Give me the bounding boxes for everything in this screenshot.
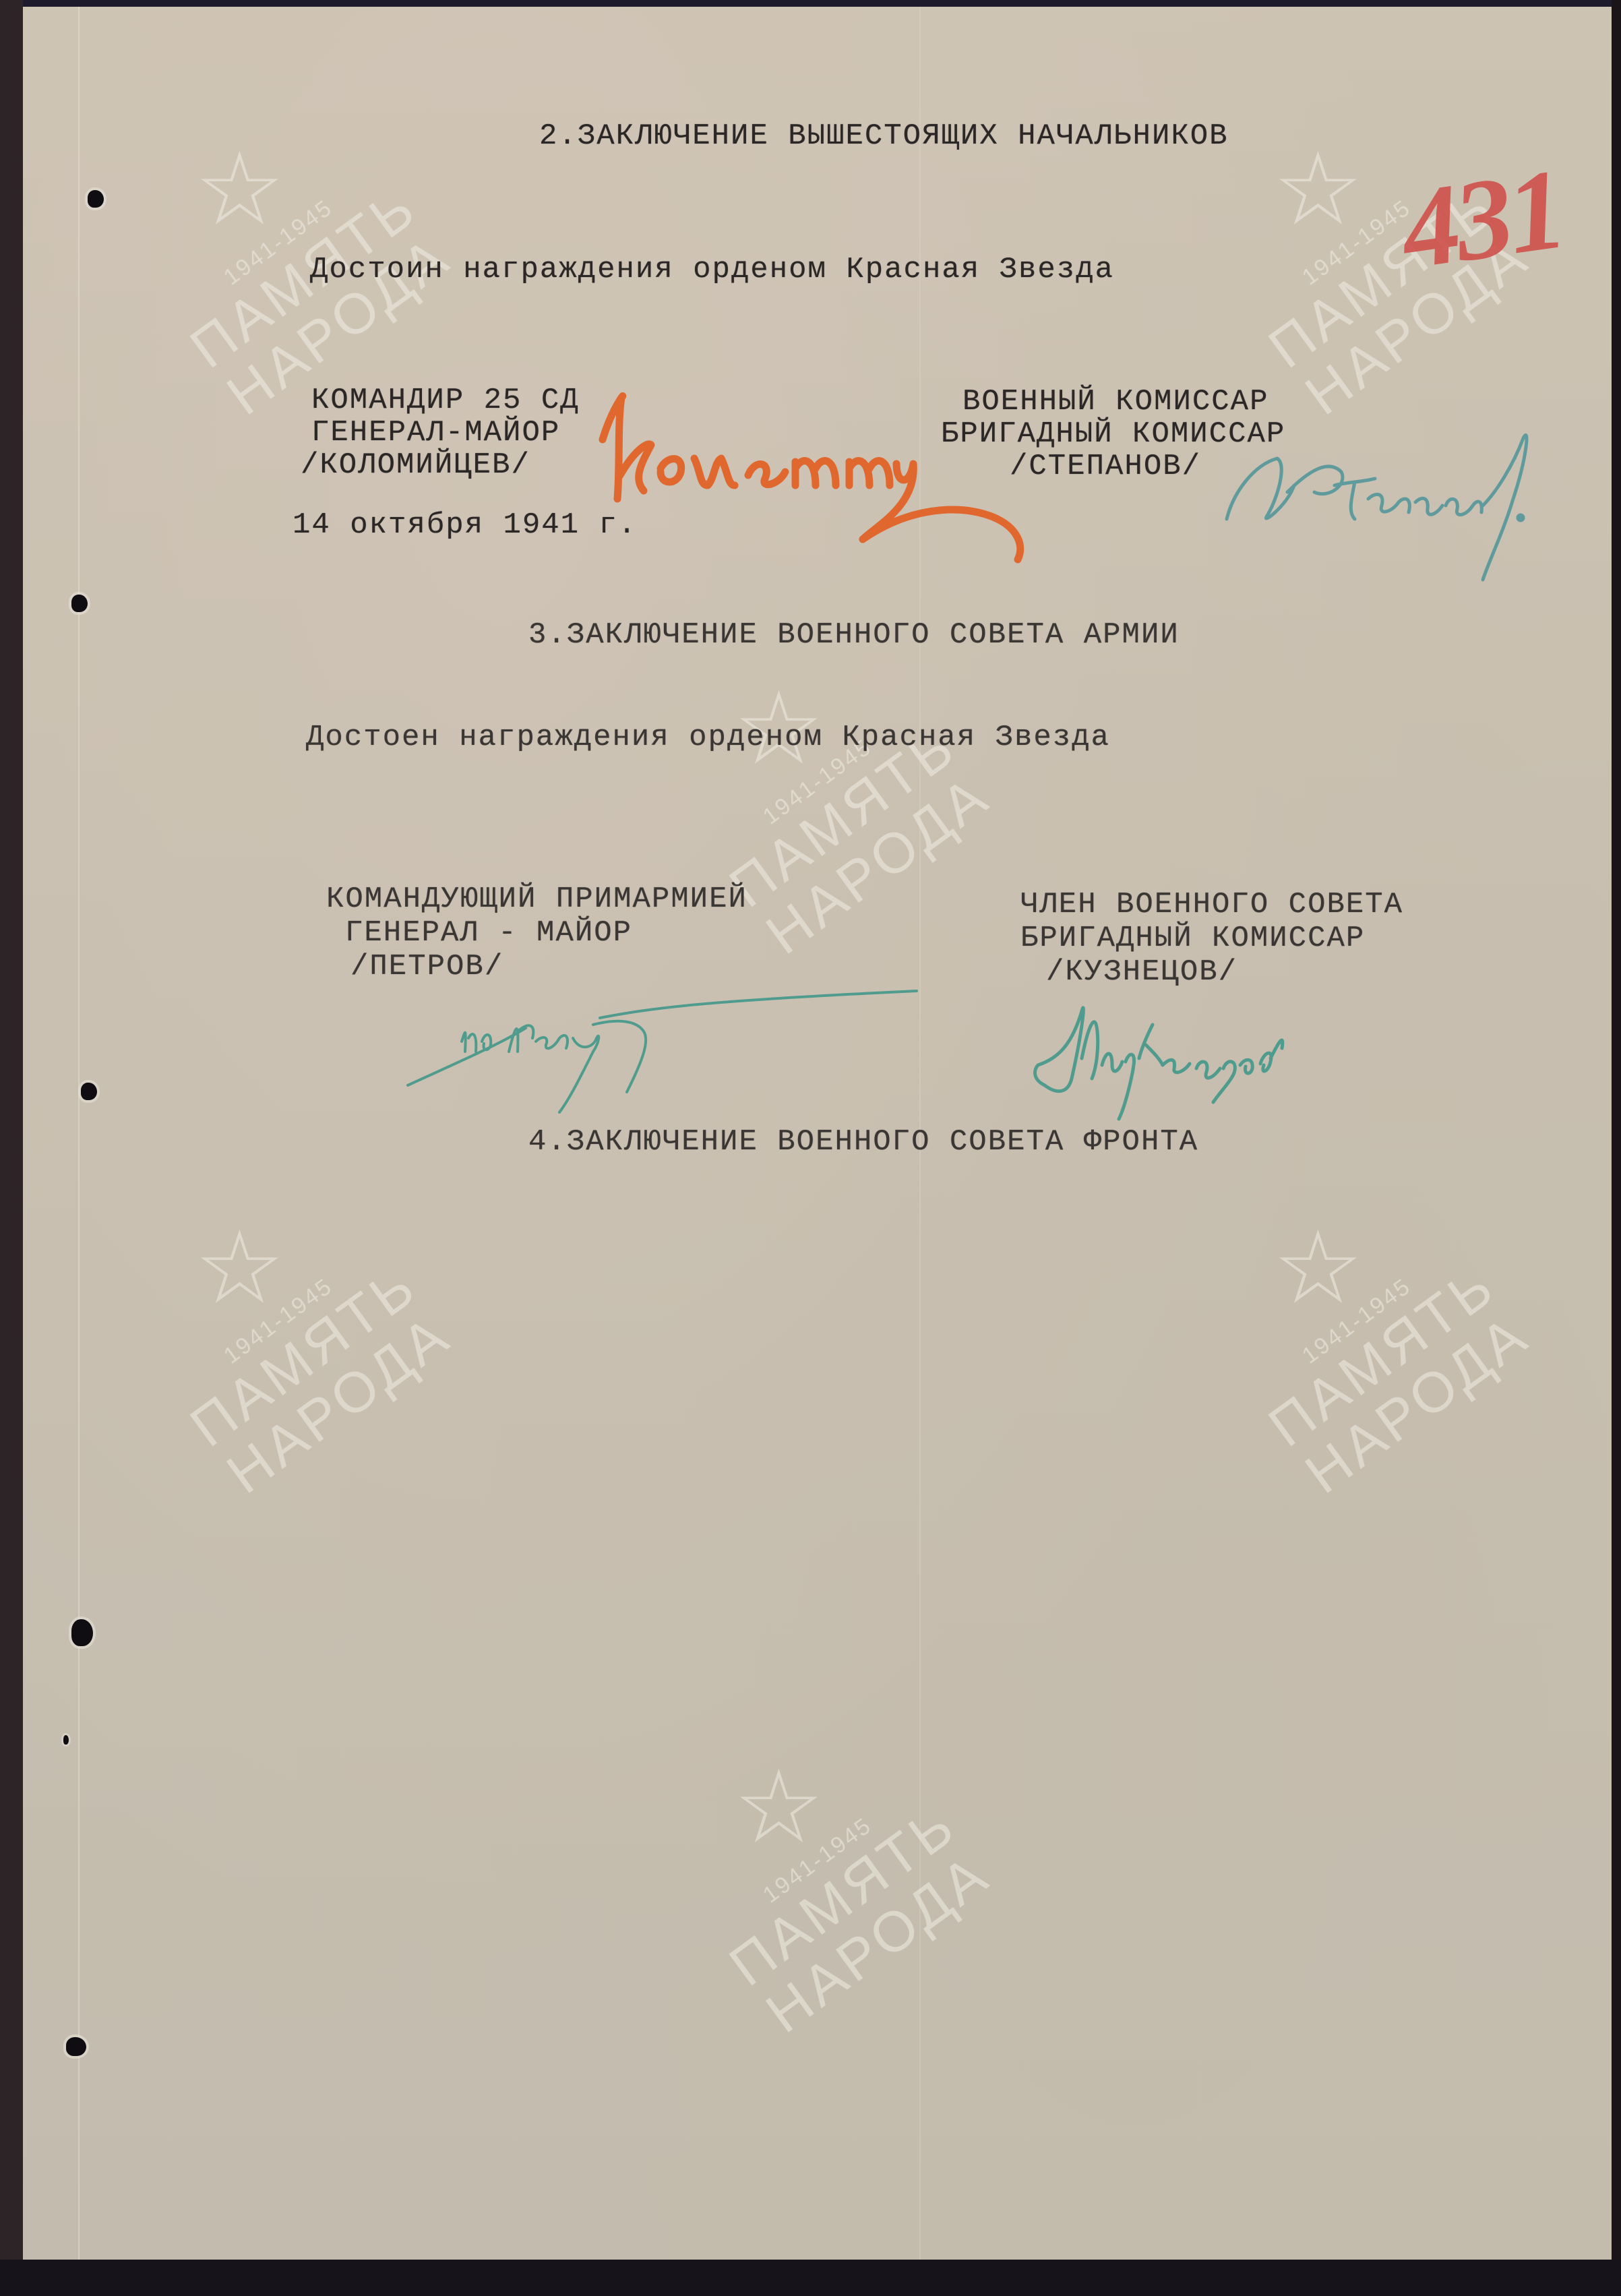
- signature-kuznetsov: [1018, 984, 1422, 1132]
- signature-kolomiytsev: [593, 384, 1159, 573]
- punch-hole: [71, 595, 88, 612]
- star-icon: ☆: [733, 1756, 824, 1857]
- section-3-left-title: КОМАНДУЮЩИЙ ПРИМАРМИЕЙ: [326, 884, 747, 914]
- section-4-heading: 4.ЗАКЛЮЧЕНИЕ ВОЕННОГО СОВЕТА ФРОНТА: [528, 1127, 1198, 1157]
- paper-crease: [78, 7, 80, 2260]
- section-3-right-title: ЧЛЕН ВОЕННОГО СОВЕТА: [1020, 890, 1403, 919]
- section-2-left-name: /КОЛОМИЙЦЕВ/: [301, 450, 530, 480]
- scan-border-right: [1612, 0, 1621, 2296]
- punch-hole: [63, 1735, 69, 1745]
- star-icon: ☆: [194, 1217, 284, 1318]
- section-3-left-rank: ГЕНЕРАЛ - МАЙОР: [345, 918, 632, 948]
- section-3-right-name: /КУЗНЕЦОВ/: [1046, 957, 1237, 987]
- scan-border-left: [0, 0, 23, 2296]
- star-icon: ☆: [1273, 138, 1363, 239]
- watermark: ☆ 1941-1945 ПАМЯТЬ НАРОДА: [607, 1663, 1097, 2152]
- watermark: ☆ 1941-1945 ПАМЯТЬ НАРОДА: [1146, 1124, 1621, 1613]
- signature-stepanov: [1213, 418, 1618, 593]
- scan-border-bottom: [0, 2260, 1621, 2296]
- punch-hole: [71, 1619, 93, 1646]
- section-2-date: 14 октября 1941 г.: [293, 510, 637, 540]
- punch-hole: [81, 1083, 97, 1100]
- signature-petrov: [398, 957, 930, 1132]
- section-3-conclusion: Достоен награждения орденом Красная Звез…: [306, 723, 1110, 752]
- watermark: ☆ 1941-1945 ПАМЯТЬ НАРОДА: [68, 1124, 557, 1613]
- punch-hole: [88, 190, 104, 208]
- scan-border-top: [0, 0, 1621, 7]
- section-2-heading: 2.ЗАКЛЮЧЕНИЕ ВЫШЕСТОЯЩИХ НАЧАЛЬНИКОВ: [539, 121, 1229, 151]
- section-2-conclusion: Достоин награждения орденом Красная Звез…: [310, 255, 1114, 284]
- star-icon: ☆: [1273, 1217, 1363, 1318]
- star-icon: ☆: [194, 138, 284, 239]
- section-3-right-rank: БРИГАДНЫЙ КОМИССАР: [1020, 924, 1365, 953]
- section-2-left-rank: ГЕНЕРАЛ-МАЙОР: [311, 418, 560, 448]
- section-3-heading: 3.ЗАКЛЮЧЕНИЕ ВОЕННОГО СОВЕТА АРМИИ: [528, 620, 1180, 650]
- punch-hole: [66, 2037, 86, 2056]
- page-number-annotation: 431: [1394, 143, 1570, 295]
- section-2-left-title: КОМАНДИР 25 СД: [311, 386, 580, 415]
